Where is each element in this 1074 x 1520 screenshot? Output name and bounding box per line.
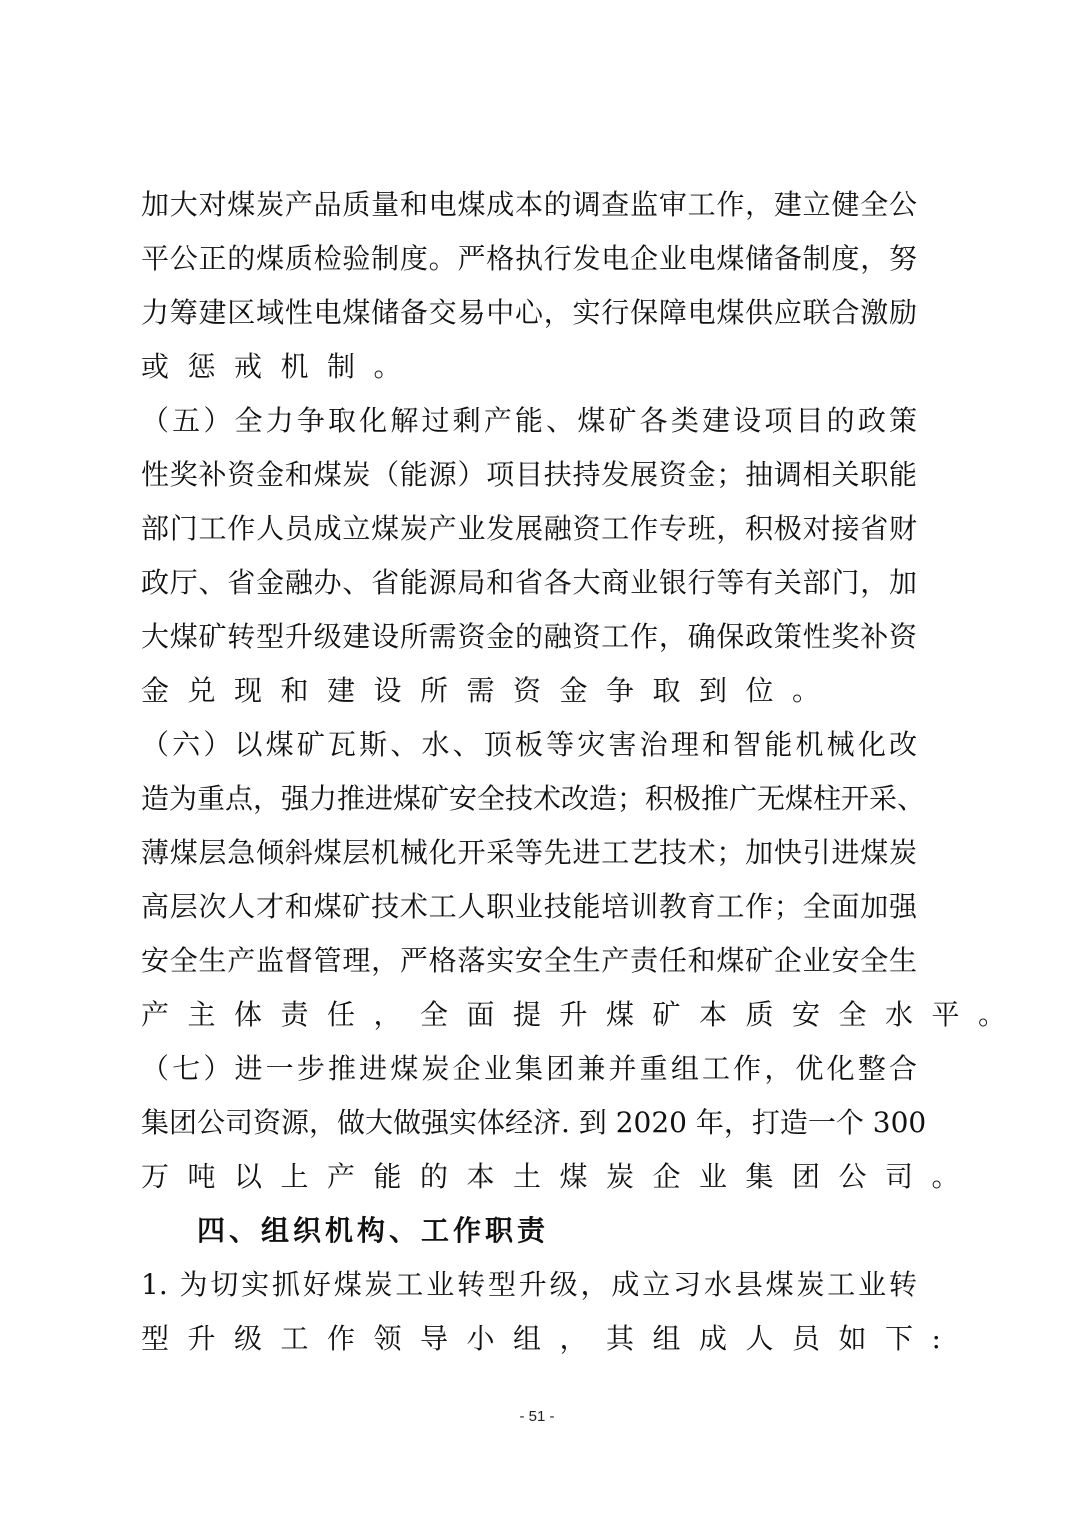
text-line: 型升级工作领导小组，其组成人员如下: bbox=[141, 1312, 917, 1366]
document-body: 加大对煤炭产品质量和电煤成本的调查监审工作，建立健全公 平公正的煤质检验制度。严… bbox=[141, 178, 917, 1366]
section-heading: 四、组织机构、工作职责 bbox=[141, 1204, 917, 1258]
text-line: 加大对煤炭产品质量和电煤成本的调查监审工作，建立健全公 bbox=[141, 178, 917, 232]
text-line: 薄煤层急倾斜煤层机械化开采等先进工艺技术；加快引进煤炭 bbox=[141, 826, 917, 880]
paragraph-item-five: （五）全力争取化解过剩产能、煤矿各类建设项目的政策 性奖补资金和煤炭（能源）项目… bbox=[141, 394, 917, 718]
paragraph-item-six: （六）以煤矿瓦斯、水、顶板等灾害治理和智能机械化改 造为重点，强力推进煤矿安全技… bbox=[141, 718, 917, 1042]
text-line: 大煤矿转型升级建设所需资金的融资工作，确保政策性奖补资 bbox=[141, 610, 917, 664]
text-line: 部门工作人员成立煤炭产业发展融资工作专班，积极对接省财 bbox=[141, 502, 917, 556]
text-line: 高层次人才和煤矿技术工人职业技能培训教育工作；全面加强 bbox=[141, 880, 917, 934]
paragraph-leadership-group: 1. 为切实抓好煤炭工业转型升级，成立习水县煤炭工业转 型升级工作领导小组，其组… bbox=[141, 1258, 917, 1366]
text-line: （七）进一步推进煤炭企业集团兼并重组工作，优化整合 bbox=[141, 1042, 917, 1096]
page-number: - 51 - bbox=[0, 1408, 1074, 1425]
text-line: 性奖补资金和煤炭（能源）项目扶持发展资金；抽调相关职能 bbox=[141, 448, 917, 502]
text-line: （六）以煤矿瓦斯、水、顶板等灾害治理和智能机械化改 bbox=[141, 718, 917, 772]
paragraph-coal-quality: 加大对煤炭产品质量和电煤成本的调查监审工作，建立健全公 平公正的煤质检验制度。严… bbox=[141, 178, 917, 394]
text-line: 金兑现和建设所需资金争取到位。 bbox=[141, 664, 917, 718]
text-line: 万吨以上产能的本土煤炭企业集团公司。 bbox=[141, 1150, 917, 1204]
text-line: 造为重点，强力推进煤矿安全技术改造；积极推广无煤柱开采、 bbox=[141, 772, 917, 826]
text-line: 产主体责任，全面提升煤矿本质安全水平。 bbox=[141, 988, 917, 1042]
text-line: 安全生产监督管理，严格落实安全生产责任和煤矿企业安全生 bbox=[141, 934, 917, 988]
text-line: （五）全力争取化解过剩产能、煤矿各类建设项目的政策 bbox=[141, 394, 917, 448]
text-line: 平公正的煤质检验制度。严格执行发电企业电煤储备制度，努 bbox=[141, 232, 917, 286]
text-line: 集团公司资源，做大做强实体经济. 到 2020 年，打造一个 300 bbox=[141, 1096, 917, 1150]
text-line: 1. 为切实抓好煤炭工业转型升级，成立习水县煤炭工业转 bbox=[141, 1258, 917, 1312]
text-line: 政厅、省金融办、省能源局和省各大商业银行等有关部门，加 bbox=[141, 556, 917, 610]
document-page: 加大对煤炭产品质量和电煤成本的调查监审工作，建立健全公 平公正的煤质检验制度。严… bbox=[0, 0, 1074, 1520]
text-line: 力筹建区域性电煤储备交易中心，实行保障电煤供应联合激励 bbox=[141, 286, 917, 340]
text-line: 或惩戒机制。 bbox=[141, 340, 917, 394]
paragraph-item-seven: （七）进一步推进煤炭企业集团兼并重组工作，优化整合 集团公司资源，做大做强实体经… bbox=[141, 1042, 917, 1204]
